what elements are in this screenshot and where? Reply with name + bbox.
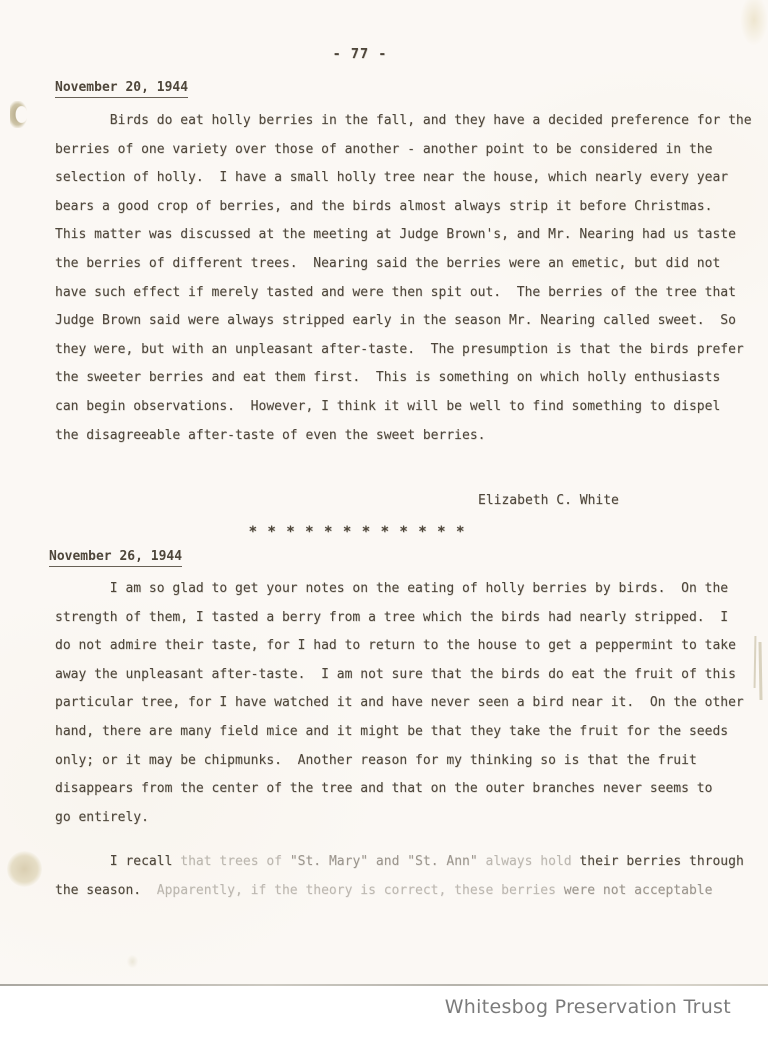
scan-paper: - 77 - November 20, 1944 Birds do eat ho…	[0, 0, 768, 986]
entry-date-heading-nov-20: November 20, 1944	[55, 80, 188, 98]
signature-elizabeth-white: Elizabeth C. White	[478, 487, 619, 516]
entry-body-nov-26: I am so glad to get your notes on the ea…	[55, 575, 759, 832]
paper-circle-blemish	[7, 851, 42, 887]
paper-small-smudge	[127, 955, 138, 968]
page-number: - 77 -	[0, 40, 720, 69]
scanned-letter-page: - 77 - November 20, 1944 Birds do eat ho…	[0, 0, 768, 1057]
paper-corner-smudge	[740, 0, 768, 46]
paper-crescent-blemish	[10, 101, 27, 128]
faded-paragraph: I recall that trees of "St. Mary" and "S…	[55, 847, 759, 905]
entry-date-heading-nov-26: November 26, 1944	[49, 549, 182, 567]
watermark-footer: Whitesbog Preservation Trust	[0, 986, 768, 1057]
asterisk-separator: * * * * * * * * * * * *	[0, 518, 714, 547]
entry-body-nov-20: Birds do eat holly berries in the fall, …	[55, 107, 759, 450]
scan-edge-artifact	[758, 642, 762, 700]
watermark-text: Whitesbog Preservation Trust	[445, 996, 731, 1018]
